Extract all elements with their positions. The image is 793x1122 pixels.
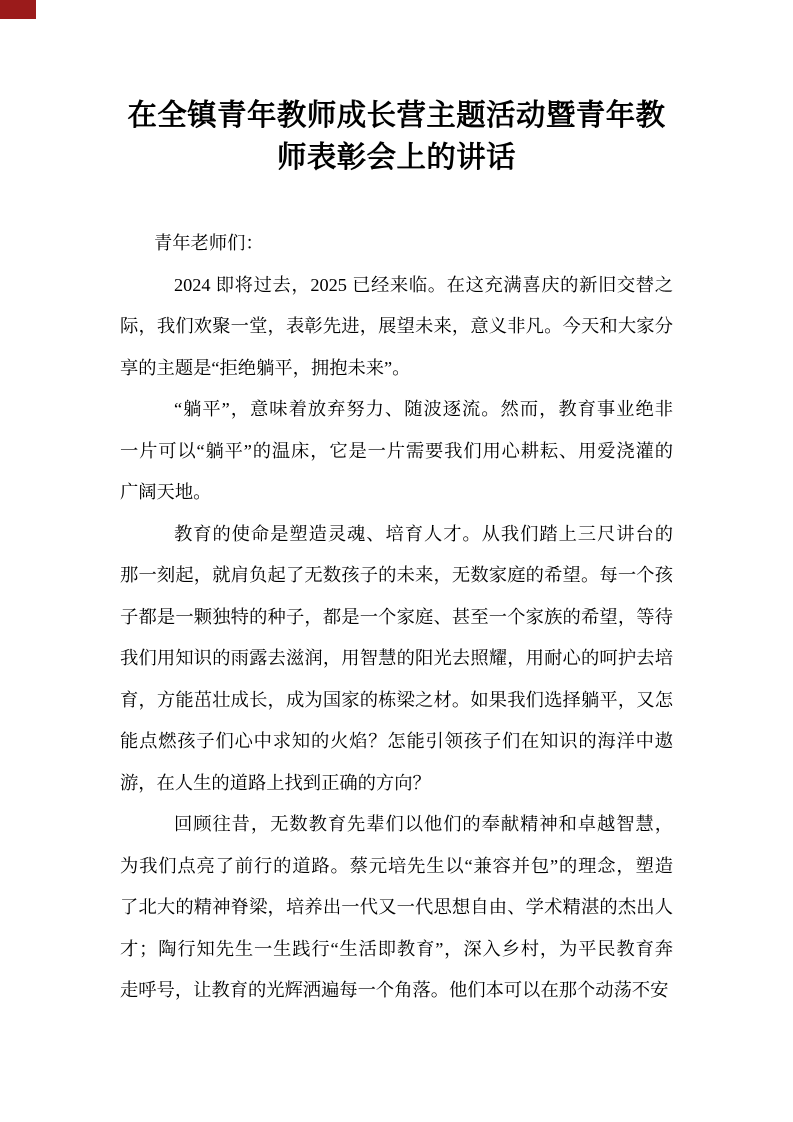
paragraph-line: 我们用知识的雨露去滋润，用智慧的阳光去照耀，用耐心的呵护去培 bbox=[120, 638, 673, 680]
paragraph-line: 走呼号，让教育的光辉洒遍每一个角落。他们本可以在那个动荡不安 bbox=[120, 970, 673, 1012]
document-body: 青年老师们： 2024 即将过去，2025 已经来临。在这充满喜庆的新旧交替之际… bbox=[0, 223, 793, 1012]
paragraph-line: “躺平”，意味着放弃努力、随波逐流。然而，教育事业绝非 bbox=[120, 389, 673, 431]
document-paragraphs: 2024 即将过去，2025 已经来临。在这充满喜庆的新旧交替之际，我们欢聚一堂… bbox=[120, 265, 673, 1012]
document-title-line-1: 在全镇青年教师成长营主题活动暨青年教 bbox=[120, 95, 673, 137]
paragraph-line: 了北大的精神脊梁，培养出一代又一代思想自由、学术精湛的杰出人 bbox=[120, 887, 673, 929]
corner-badge[interactable] bbox=[0, 0, 36, 19]
paragraph-line: 广阔天地。 bbox=[120, 472, 673, 514]
paragraph-line: 才；陶行知先生一生践行“生活即教育”，深入乡村，为平民教育奔 bbox=[120, 929, 673, 971]
paragraph-line: 能点燃孩子们心中求知的火焰？怎能引领孩子们在知识的海洋中遨 bbox=[120, 721, 673, 763]
paragraph: 回顾往昔，无数教育先辈们以他们的奉献精神和卓越智慧，为我们点亮了前行的道路。蔡元… bbox=[120, 804, 673, 1012]
paragraph: “躺平”，意味着放弃努力、随波逐流。然而，教育事业绝非一片可以“躺平”的温床，它… bbox=[120, 389, 673, 514]
paragraph-line: 际，我们欢聚一堂，表彰先进，展望未来，意义非凡。今天和大家分 bbox=[120, 306, 673, 348]
paragraph-line: 享的主题是“拒绝躺平，拥抱未来”。 bbox=[120, 348, 673, 390]
document-page: 在全镇青年教师成长营主题活动暨青年教 师表彰会上的讲话 青年老师们： 2024 … bbox=[0, 0, 793, 1122]
paragraph-line: 游，在人生的道路上找到正确的方向？ bbox=[120, 763, 673, 805]
paragraph-line: 那一刻起，就肩负起了无数孩子的未来，无数家庭的希望。每一个孩 bbox=[120, 555, 673, 597]
paragraph-line: 子都是一颗独特的种子，都是一个家庭、甚至一个家族的希望，等待 bbox=[120, 597, 673, 639]
paragraph-line: 育，方能茁壮成长，成为国家的栋梁之材。如果我们选择躺平，又怎 bbox=[120, 680, 673, 722]
paragraph-line: 一片可以“躺平”的温床，它是一片需要我们用心耕耘、用爱浇灌的 bbox=[120, 431, 673, 473]
paragraph: 2024 即将过去，2025 已经来临。在这充满喜庆的新旧交替之际，我们欢聚一堂… bbox=[120, 265, 673, 390]
paragraph-line: 回顾往昔，无数教育先辈们以他们的奉献精神和卓越智慧， bbox=[120, 804, 673, 846]
document-title-line-2: 师表彰会上的讲话 bbox=[120, 137, 673, 179]
greeting-line: 青年老师们： bbox=[120, 223, 673, 265]
paragraph-line: 教育的使命是塑造灵魂、培育人才。从我们踏上三尺讲台的 bbox=[120, 514, 673, 556]
document-title: 在全镇青年教师成长营主题活动暨青年教 师表彰会上的讲话 bbox=[0, 95, 793, 179]
paragraph-line: 为我们点亮了前行的道路。蔡元培先生以“兼容并包”的理念，塑造 bbox=[120, 846, 673, 888]
paragraph: 教育的使命是塑造灵魂、培育人才。从我们踏上三尺讲台的那一刻起，就肩负起了无数孩子… bbox=[120, 514, 673, 805]
paragraph-line: 2024 即将过去，2025 已经来临。在这充满喜庆的新旧交替之 bbox=[120, 265, 673, 307]
